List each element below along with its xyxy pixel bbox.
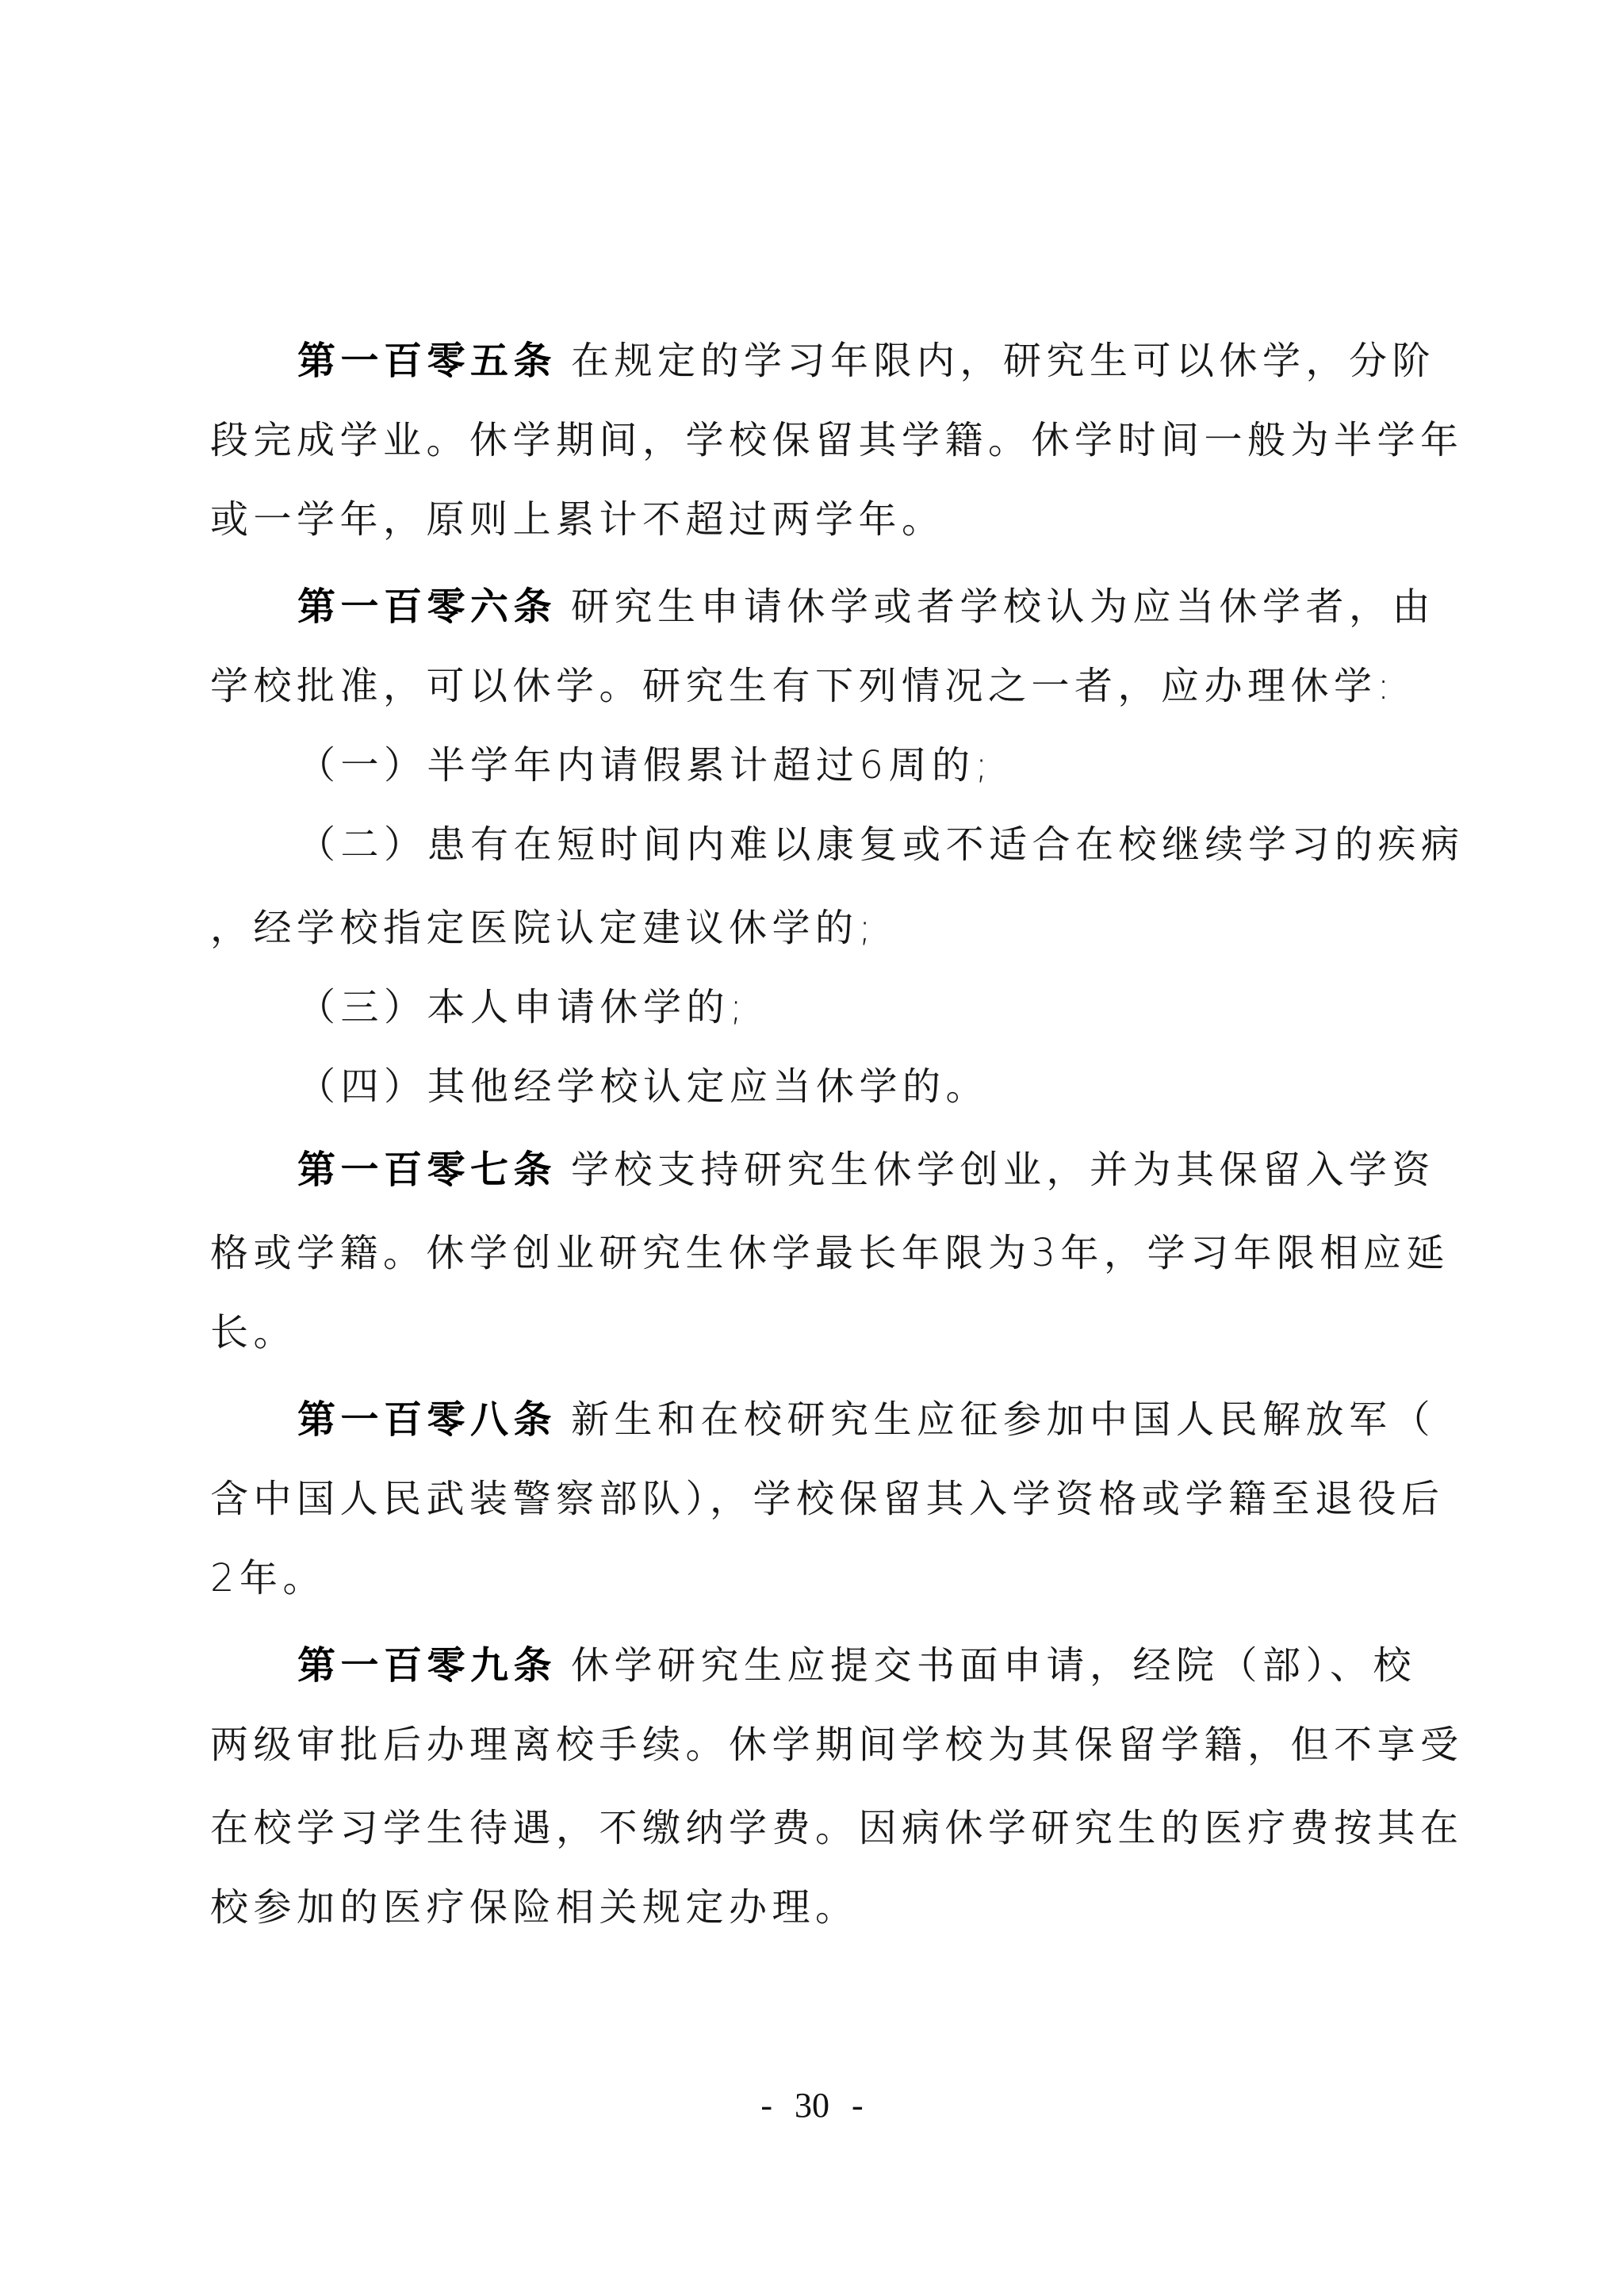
article-107-heading: 第一百零七条 [297,1148,557,1192]
article-106-item-2: （二）患有在短时间内难以康复或不适合在校继续学习的疾病 [297,821,1534,868]
article-105-line-2: 段完成学业。休学期间，学校保留其学籍。休学时间一般为半学年 [210,416,1447,464]
article-105-line-3: 或一学年，原则上累计不超过两学年。 [210,496,1447,543]
article-106-heading: 第一百零六条 [297,585,557,629]
article-106-line-2: 学校批准，可以休学。研究生有下列情况之一者，应办理休学: [210,662,1447,710]
article-109-line-3: 在校学习学生待遇，不缴纳学费。因病休学研究生的医疗费按其在 [210,1804,1447,1852]
article-106-line-1: 第一百零六条研究生申请休学或者学校认为应当休学者，由 [297,583,1534,631]
article-105-line-1: 第一百零五条在规定的学习年限内，研究生可以休学，分阶 [297,337,1534,385]
article-107-line-1: 第一百零七条学校支持研究生休学创业，并为其保留入学资 [297,1146,1534,1194]
article-108-line-1: 第一百零八条新生和在校研究生应征参加中国人民解放军（ [297,1396,1534,1443]
page-number-dash-left: - [760,2082,772,2129]
article-106-item-2-cont: ，经学校指定医院认定建议休学的; [210,904,1447,952]
article-107-line-2: 格或学籍。休学创业研究生休学最长年限为3年，学习年限相应延 [210,1229,1447,1277]
page-number: 30 [795,2086,829,2125]
article-106-item-1: （一）半学年内请假累计超过6周的; [297,742,1534,789]
page-footer: -30- [0,2082,1624,2129]
article-109-line-2: 两级审批后办理离校手续。休学期间学校为其保留学籍，但不享受 [210,1721,1447,1769]
article-108-heading: 第一百零八条 [297,1397,557,1442]
article-106-item-3: （三）本人申请休学的; [297,983,1534,1031]
document-page: 第一百零五条在规定的学习年限内，研究生可以休学，分阶 段完成学业。休学期间，学校… [0,0,1624,2296]
article-109-line-1: 第一百零九条休学研究生应提交书面申请，经院（部）、校 [297,1642,1534,1689]
article-106-item-4: （四）其他经学校认定应当休学的。 [297,1063,1534,1110]
page-number-dash-right: - [852,2082,864,2129]
article-105-heading: 第一百零五条 [297,339,557,383]
article-109-heading: 第一百零九条 [297,1643,557,1688]
article-107-line-3: 长。 [210,1309,1447,1356]
article-109-line-4: 校参加的医疗保险相关规定办理。 [210,1884,1447,1931]
article-108-line-2: 含中国人民武装警察部队），学校保留其入学资格或学籍至退役后 [210,1475,1447,1523]
article-108-line-3: 2年。 [210,1554,1447,1602]
